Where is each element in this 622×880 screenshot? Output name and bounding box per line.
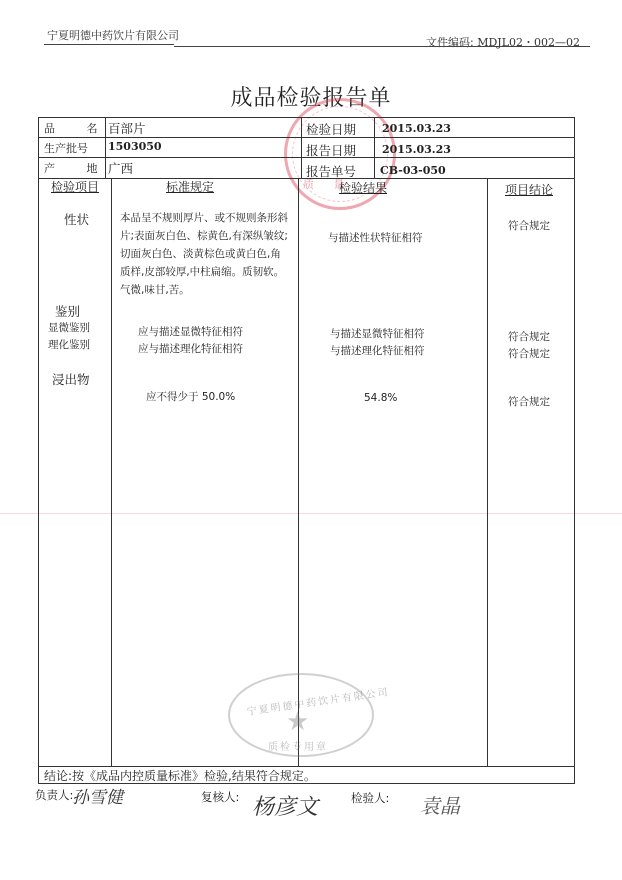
row-item-identification: 鉴别 — [55, 302, 80, 320]
report-date-value: 2015.03.23 — [382, 143, 451, 156]
document-code: 文件编码: MDJL02・002—02 — [426, 34, 580, 50]
row-standard-appearance: 本品呈不规则厚片、或不规则条形斜片;表面灰白色、棕黄色,有深纵皱纹;切面灰白色、… — [120, 209, 290, 299]
reviewer-label: 复核人: — [201, 789, 239, 805]
col-divider — [111, 178, 112, 766]
col-divider — [374, 118, 375, 178]
document-code-label: 文件编码: — [426, 36, 474, 49]
responsible-label: 负责人: — [35, 787, 73, 803]
header-rule-left — [44, 44, 174, 45]
report-date-label: 报告日期 — [306, 141, 356, 159]
company-name: 宁夏明德中药饮片有限公司 — [47, 27, 179, 43]
header-rule-right — [174, 46, 590, 47]
col-divider — [301, 118, 302, 178]
inspect-date-value: 2015.03.23 — [382, 122, 451, 135]
product-name-value: 百部片 — [108, 119, 146, 137]
reviewer-signature: 杨彦文 — [252, 790, 318, 821]
col-divider — [487, 178, 488, 766]
row-standard-extract: 应不得少于 50.0% — [146, 389, 235, 404]
inspector-signature: 袁晶 — [420, 790, 460, 819]
report-no-value: CB-03-050 — [380, 164, 446, 177]
row-conclusion-physicochemical: 符合规定 — [508, 346, 550, 361]
inspector-label: 检验人: — [351, 790, 389, 806]
column-header-standard: 标准规定 — [166, 178, 214, 195]
batch-value: 1503050 — [108, 140, 162, 153]
star-icon: ★ — [286, 707, 309, 737]
row-item-microscopic: 显微鉴别 — [48, 320, 90, 335]
origin-label: 产 地 — [44, 160, 112, 176]
row-conclusion-appearance: 符合规定 — [508, 218, 550, 233]
row-conclusion-microscopic: 符合规定 — [508, 329, 550, 344]
product-name-label: 品 名 — [44, 120, 112, 136]
row-standard-microscopic: 应与描述显微特征相符 — [138, 324, 243, 339]
column-header-result: 检验结果 — [339, 179, 387, 196]
batch-label: 生产批号 — [44, 140, 88, 156]
row-result-extract: 54.8% — [364, 392, 397, 404]
row-conclusion-extract: 符合规定 — [508, 394, 550, 409]
report-conclusion: 结论:按《成品内控质量标准》检验,结果符合规定。 — [44, 767, 316, 784]
responsible-signature: 孙雪健 — [72, 783, 123, 808]
row-standard-physicochemical: 应与描述理化特征相符 — [138, 341, 243, 356]
inspect-date-label: 检验日期 — [306, 120, 356, 138]
row-item-physicochemical: 理化鉴别 — [48, 337, 90, 352]
origin-value: 广西 — [108, 159, 133, 177]
qc-seal-bottom-text: 质检专用章 — [268, 738, 328, 753]
row-item-appearance: 性状 — [64, 210, 89, 228]
row-result-appearance: 与描述性状特征相符 — [328, 230, 423, 245]
column-header-item: 检验项目 — [51, 178, 99, 195]
row-result-microscopic: 与描述显微特征相符 — [330, 326, 425, 341]
document-code-value: MDJL02・002—02 — [477, 36, 580, 49]
row-result-physicochemical: 与描述理化特征相符 — [330, 343, 425, 358]
row-item-extract: 浸出物 — [52, 370, 90, 388]
column-header-conclusion: 项目结论 — [505, 181, 553, 198]
report-no-label: 报告单号 — [306, 162, 356, 180]
